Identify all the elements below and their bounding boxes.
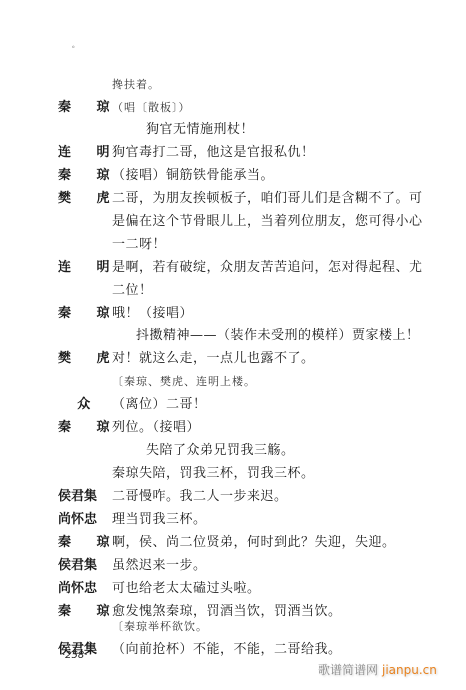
- watermark-cn: 歌谱简谱网: [318, 663, 378, 677]
- speaker-name: 众: [58, 395, 110, 415]
- stage-direction: 搀扶着。: [112, 75, 160, 95]
- speaker-name: 秦琼: [58, 304, 110, 324]
- spoken-line: 是偏在这个节骨眼儿上，当着列位朋友，您可得小心: [112, 212, 423, 232]
- top-mark: 。: [72, 40, 79, 50]
- speaker-name: 樊虎: [58, 349, 110, 369]
- spoken-line: 二哥，为朋友挨顿板子，咱们哥儿们是含糊不了。可: [112, 189, 423, 209]
- speaker-name: 秦琼: [58, 418, 110, 438]
- spoken-line: 哦！（接唱）: [112, 304, 193, 324]
- sung-line: 失陪了众弟兄罚我三觞。: [146, 441, 295, 461]
- speaker-name: 尚怀忠: [58, 510, 110, 530]
- speaker-name: 尚怀忠: [58, 579, 110, 599]
- spoken-line: （离位）二哥！: [112, 395, 207, 415]
- page-number: ·258·: [62, 650, 87, 661]
- spoken-line: 虽然迟来一步。: [112, 556, 207, 576]
- spoken-line: 对！就这么走，一点儿也露不了。: [112, 349, 315, 369]
- spoken-line: 二位！: [112, 281, 153, 301]
- speaker-name: 侯君集: [58, 487, 110, 507]
- spoken-line: 列位。（接唱）: [112, 418, 200, 438]
- speaker-name: 秦琼: [58, 98, 110, 118]
- watermark: 歌谱简谱网jianpu.cn: [318, 661, 437, 678]
- sung-line: 抖擞精神——（装作未受刑的模样）贾家楼上！: [136, 326, 420, 346]
- script-page: 。 搀扶着。秦琼（唱〔散板〕）狗官无情施刑杖！连明狗官毒打二哥，他这是官报私仇！…: [0, 0, 466, 690]
- speaker-name: 秦琼: [58, 533, 110, 553]
- watermark-en: jianpu.cn: [382, 663, 437, 677]
- spoken-line: 是啊，若有破绽，众朋友苦苦追问，怎对得起程、尤: [112, 258, 423, 278]
- stage-direction: 〔秦琼、樊虎、连明上楼。: [112, 372, 256, 392]
- spoken-line: 一二呀！: [112, 235, 166, 255]
- speaker-name: 樊虎: [58, 189, 110, 209]
- sung-line: 狗官无情施刑杖！: [146, 120, 254, 140]
- spoken-line: 可也给老太太磕过头啦。: [112, 579, 261, 599]
- stage-direction: 〔秦琼举杯欲饮。: [112, 617, 208, 637]
- spoken-line: （向前抢杯）不能，不能，二哥给我。: [112, 640, 342, 660]
- speaker-name: 秦琼: [58, 602, 110, 622]
- speaker-name: 侯君集: [58, 556, 110, 576]
- spoken-line: 秦琼失陪，罚我三杯，罚我三杯。: [112, 464, 315, 484]
- spoken-line: 理当罚我三杯。: [112, 510, 207, 530]
- spoken-line: 二哥慢咋。我二人一步来迟。: [112, 487, 288, 507]
- speaker-name: 连明: [58, 258, 110, 278]
- spoken-line: （接唱）铜筋铁骨能承当。: [112, 166, 274, 186]
- speaker-name: 秦琼: [58, 166, 110, 186]
- stage-direction: （唱〔散板〕）: [112, 98, 191, 118]
- speaker-name: 连明: [58, 143, 110, 163]
- spoken-line: 啊，侯、尚二位贤弟，何时到此？失迎，失迎。: [112, 533, 396, 553]
- spoken-line: 狗官毒打二哥，他这是官报私仇！: [112, 143, 315, 163]
